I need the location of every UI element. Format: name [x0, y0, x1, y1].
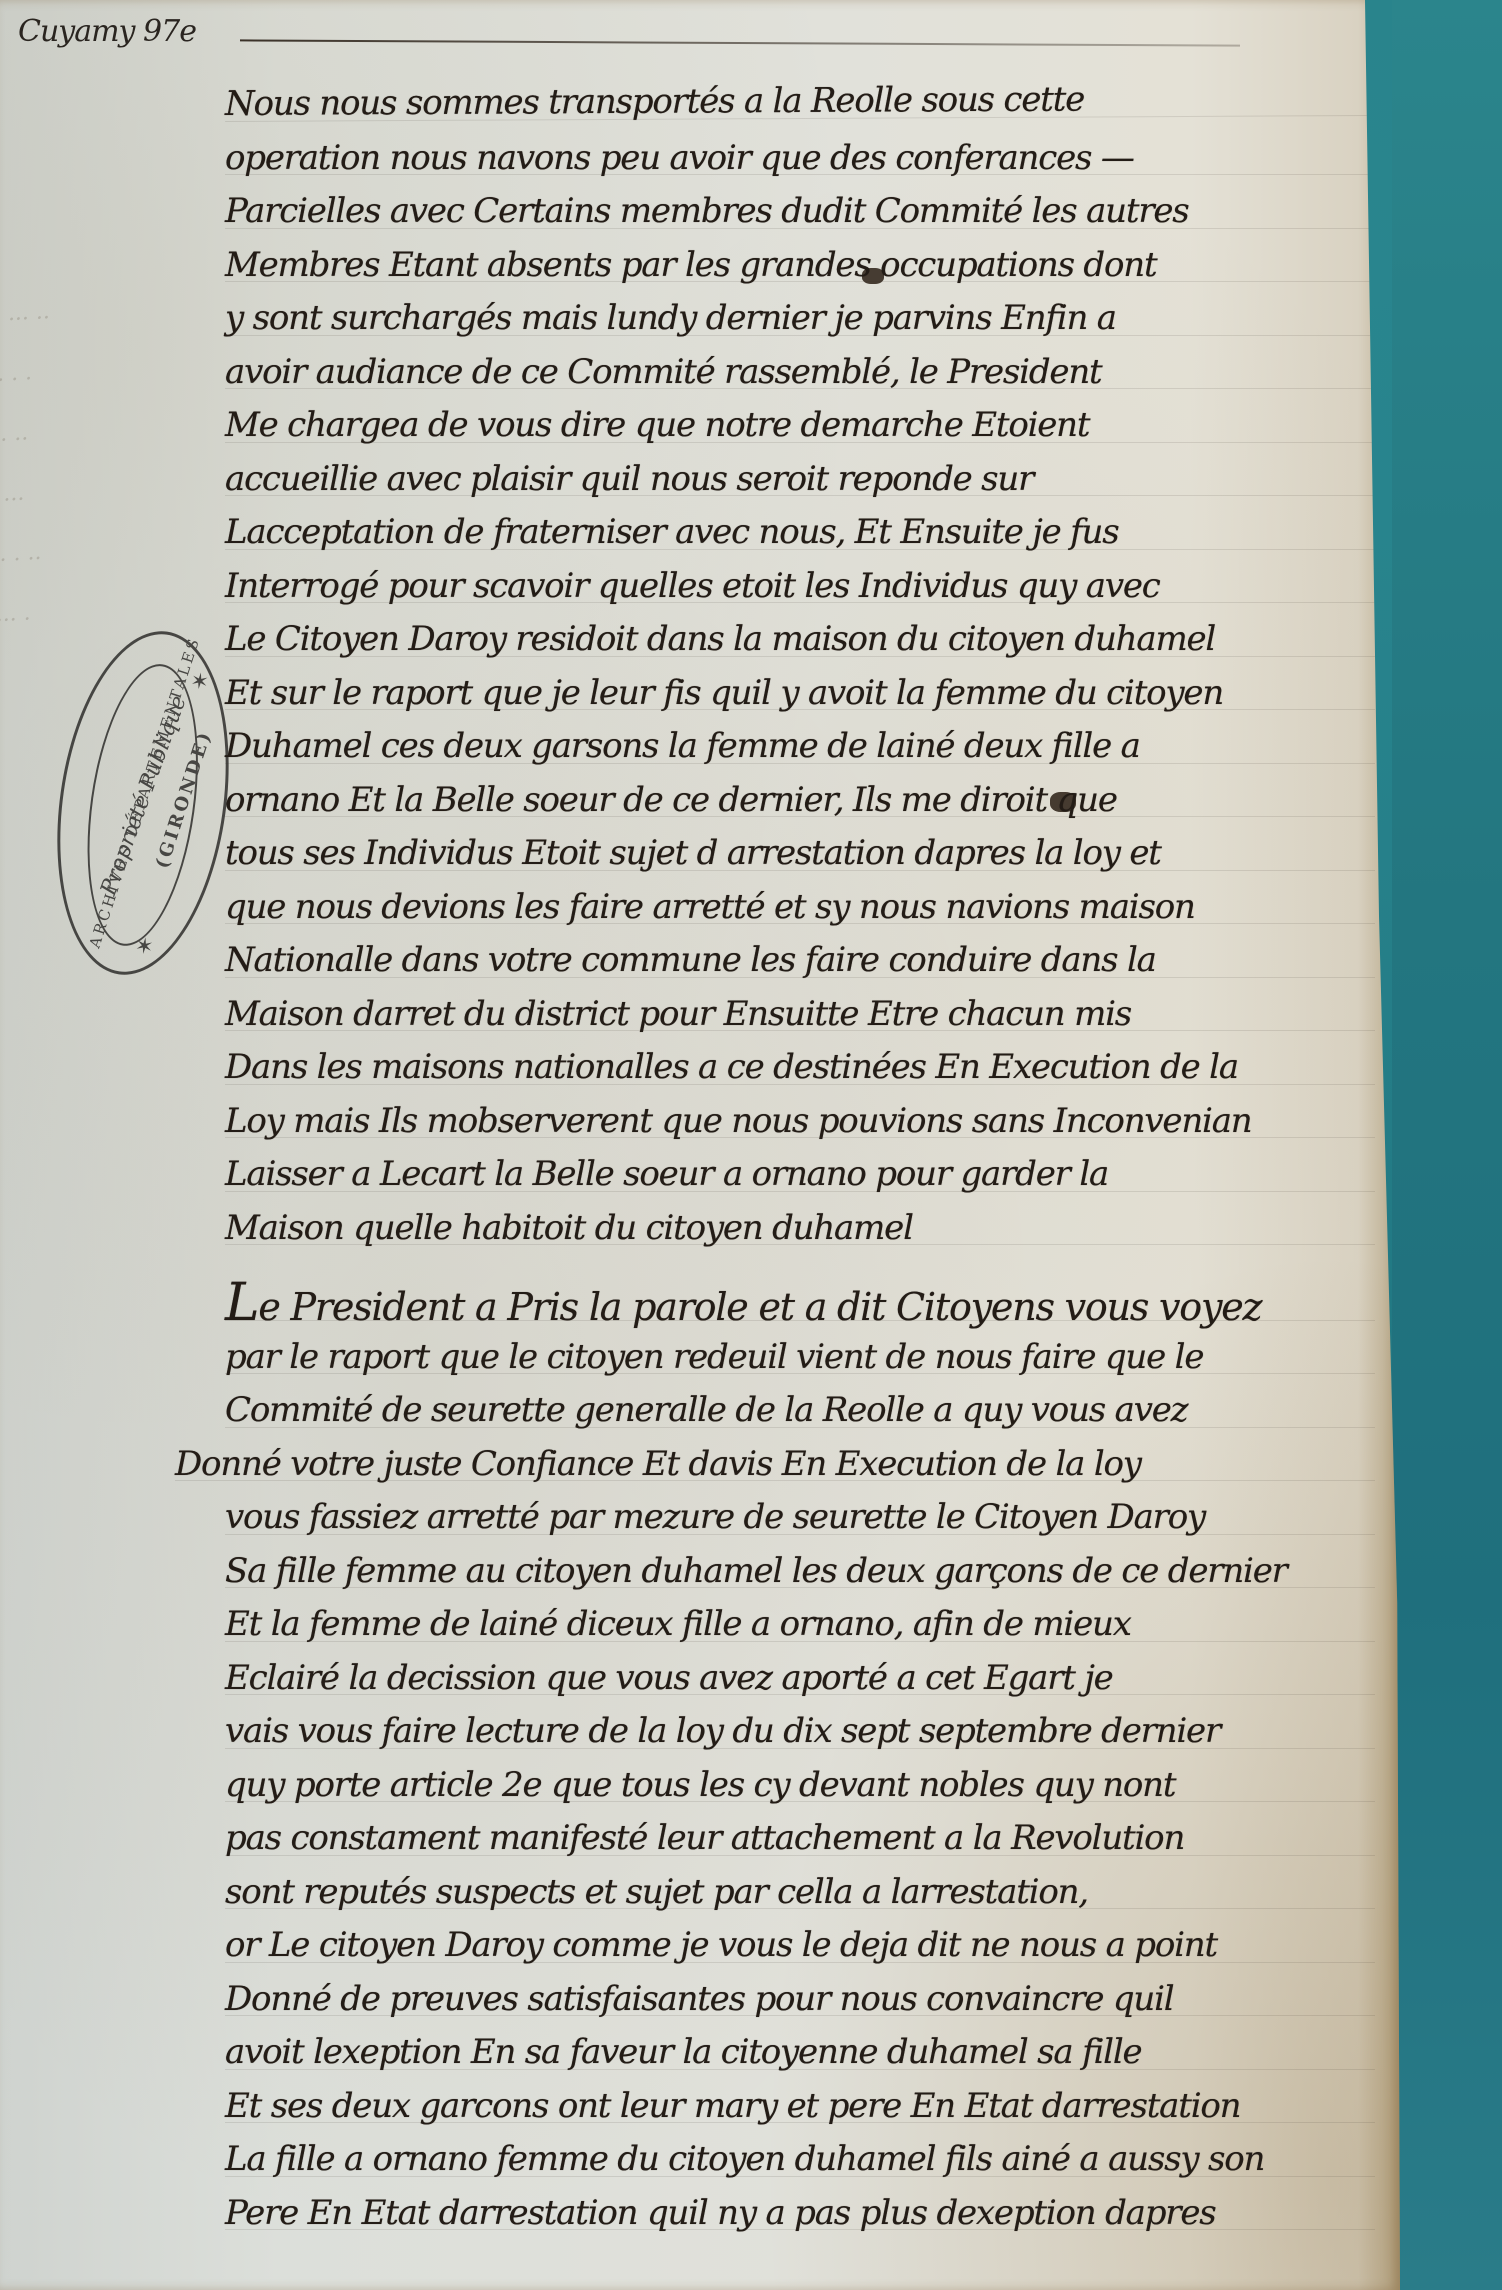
- paragraph-gap: [225, 1255, 1395, 1277]
- manuscript-line: Me chargea de vous dire que notre demarc…: [225, 399, 1395, 453]
- manuscript-line: avoir audiance de ce Commité rassemblé, …: [225, 346, 1395, 400]
- manuscript-line: tous ses Individus Etoit sujet d arresta…: [225, 827, 1395, 881]
- manuscript-line: Dans les maisons nationalles a ce destin…: [225, 1041, 1395, 1095]
- manuscript-line: ornano Et la Belle soeur de ce dernier, …: [225, 774, 1395, 828]
- ghost-line: ... ... ..: [0, 276, 161, 345]
- manuscript-line: Et la femme de lainé diceux fille a orna…: [225, 1598, 1395, 1652]
- faded-bleedthrough-text: ... ... .. . . . . ... .. . ... .. . .. …: [0, 276, 242, 1883]
- manuscript-line: Maison quelle habitoit du citoyen duhame…: [225, 1202, 1395, 1256]
- ghost-line: ... ..: [0, 396, 167, 465]
- manuscript-line: operation nous navons peu avoir que des …: [225, 132, 1395, 186]
- manuscript-line: accueillie avec plaisir quil nous seroit…: [225, 453, 1395, 507]
- manuscript-line: pas constament manifesté leur attachemen…: [225, 1812, 1395, 1866]
- manuscript-line: La fille a ornano femme du citoyen duham…: [225, 2133, 1395, 2187]
- manuscript-text: Nous nous sommes transportés a la Reolle…: [225, 78, 1395, 2240]
- stamp-star-icon: ✶: [133, 933, 155, 960]
- manuscript-line: Interrogé pour scavoir quelles etoit les…: [225, 560, 1395, 614]
- manuscript-line: Commité de seurette generalle de la Reol…: [225, 1384, 1395, 1438]
- ghost-line: . . . .: [0, 336, 164, 405]
- manuscript-line: Maison darret du district pour Ensuitte …: [225, 988, 1395, 1042]
- manuscript-line: Donné votre juste Confiance Et davis En …: [175, 1438, 1395, 1492]
- manuscript-line: Le President a Pris la parole et a dit C…: [225, 1277, 1395, 1331]
- manuscript-line: Et ses deux garcons ont leur mary et per…: [225, 2080, 1395, 2134]
- teal-backdrop: [1392, 0, 1502, 2290]
- manuscript-line: or Le citoyen Daroy comme je vous le dej…: [225, 1919, 1395, 1973]
- manuscript-line: Lacceptation de fraterniser avec nous, E…: [225, 506, 1395, 560]
- manuscript-line: Membres Etant absents par les grandes oc…: [225, 239, 1395, 293]
- page-header-note: Cuyamy 97e: [18, 14, 196, 49]
- manuscript-line: Le Citoyen Daroy residoit dans la maison…: [225, 613, 1395, 667]
- manuscript-line: avoit lexeption En sa faveur la citoyenn…: [225, 2026, 1395, 2080]
- manuscript-line: Nous nous sommes transportés a la Reolle…: [225, 72, 1395, 132]
- manuscript-line: Laisser a Lecart la Belle soeur a ornano…: [225, 1148, 1395, 1202]
- ghost-line: . ...: [0, 456, 171, 525]
- paragraph-2: Le President a Pris la parole et a dit C…: [225, 1277, 1395, 2240]
- manuscript-line: sont reputés suspects et sujet par cella…: [225, 1866, 1395, 1920]
- manuscript-line: y sont surchargés mais lundy dernier je …: [225, 292, 1395, 346]
- manuscript-line: Et sur le raport que je leur fis quil y …: [225, 667, 1395, 721]
- manuscript-line: quy porte article 2e que tous les cy dev…: [225, 1759, 1395, 1813]
- manuscript-line: vais vous faire lecture de la loy du dix…: [225, 1705, 1395, 1759]
- manuscript-line: par le raport que le citoyen redeuil vie…: [225, 1331, 1395, 1385]
- ghost-line: .. . ..: [0, 516, 174, 585]
- manuscript-line: Duhamel ces deux garsons la femme de lai…: [225, 720, 1395, 774]
- stamp-star-icon: ✶: [189, 669, 211, 696]
- manuscript-line: Pere En Etat darrestation quil ny a pas …: [225, 2187, 1395, 2241]
- manuscript-line: que nous devions les faire arretté et sy…: [225, 881, 1395, 935]
- manuscript-line: Parcielles avec Certains membres dudit C…: [225, 185, 1395, 239]
- manuscript-line: Sa fille femme au citoyen duhamel les de…: [225, 1545, 1395, 1599]
- paragraph-1: Nous nous sommes transportés a la Reolle…: [225, 78, 1395, 1255]
- manuscript-line: Eclairé la decission que vous avez aport…: [225, 1652, 1395, 1706]
- manuscript-line: Loy mais Ils mobserverent que nous pouvi…: [225, 1095, 1395, 1149]
- manuscript-line: Donné de preuves satisfaisantes pour nou…: [225, 1973, 1395, 2027]
- header-rule: [240, 39, 1240, 46]
- manuscript-line: vous fassiez arretté par mezure de seure…: [225, 1491, 1395, 1545]
- manuscript-page: ... ... .. . . . . ... .. . ... .. . .. …: [0, 0, 1400, 2290]
- manuscript-line: Nationalle dans votre commune les faire …: [225, 934, 1395, 988]
